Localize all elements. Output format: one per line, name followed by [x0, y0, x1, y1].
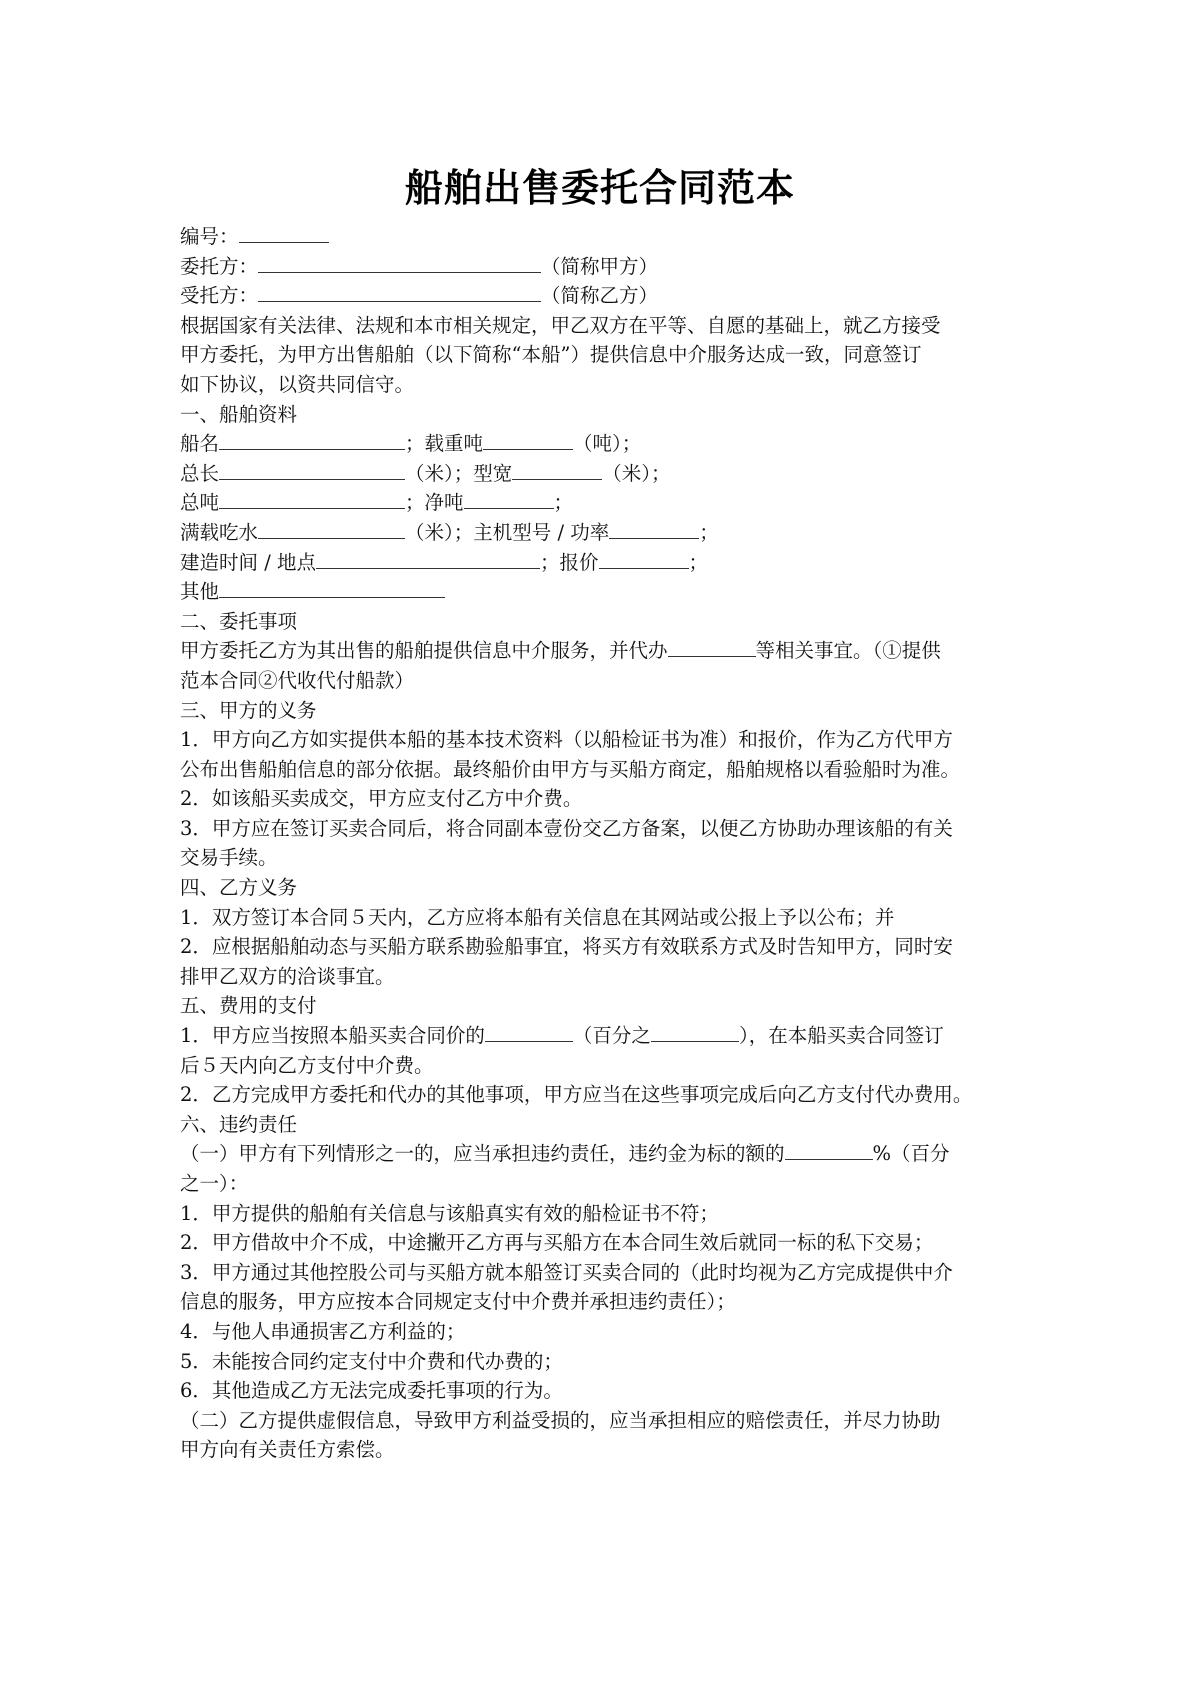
entrusted-matters-line-2: 范本合同②代收代付船款） [180, 666, 1020, 696]
liability-text: （一）甲方有下列情形之一的，应当承担违约责任，违约金为标的额的 [180, 1142, 785, 1165]
contract-number-blank[interactable] [239, 224, 329, 243]
clause-line: 2．应根据船舶动态与买船方联系勘验船事宜，将买方有效联系方式及时告知甲方，同时安 [180, 932, 1020, 962]
penalty-percent-blank[interactable] [785, 1141, 873, 1160]
principal-line: 委托方：（简称甲方） [180, 252, 1020, 282]
section-heading-payment: 五、费用的支付 [180, 991, 1020, 1021]
engine-label: 主机型号 / 功率 [473, 521, 609, 544]
tonnage-line: 总吨；净吨； [180, 488, 1020, 518]
payment-clause-1-line-2: 后５天内向乙方支付中介费。 [180, 1051, 1020, 1081]
clause-line: 1．双方签订本合同５天内，乙方应将本船有关信息在其网站或公报上予以公布；并 [180, 903, 1020, 933]
draft-blank[interactable] [258, 520, 405, 539]
principal-suffix: （简称甲方） [541, 255, 658, 278]
ship-name-blank[interactable] [219, 431, 405, 450]
other-label: 其他 [180, 580, 219, 603]
liability-clause-1: （一）甲方有下列情形之一的，应当承担违约责任，违约金为标的额的%（百分 [180, 1139, 1020, 1169]
net-tonnage-blank[interactable] [464, 490, 554, 509]
liability-item: 4．与他人串通损害乙方利益的； [180, 1317, 1020, 1347]
separator: ； [405, 491, 425, 514]
meter-unit: （米）； [602, 462, 670, 485]
length-blank[interactable] [219, 461, 405, 480]
payment-clause-2: 2．乙方完成甲方委托和代办的其他事项，甲方应当在这些事项完成后向乙方支付代办费用… [180, 1080, 1020, 1110]
clause-line: 交易手续。 [180, 843, 1020, 873]
percentage-blank[interactable] [651, 1023, 739, 1042]
section-heading-ship-info: 一、船舶资料 [180, 400, 1020, 430]
other-line: 其他 [180, 577, 1020, 607]
price-label: 报价 [559, 551, 598, 574]
agent-blank[interactable] [258, 283, 541, 302]
meter-unit: （米）； [405, 462, 473, 485]
clause-line: 3．甲方应在签订买卖合同后，将合同副本壹份交乙方备案，以便乙方协助办理该船的有关 [180, 814, 1020, 844]
ship-name-label: 船名 [180, 432, 219, 455]
section-heading-party-b-obligations: 四、乙方义务 [180, 873, 1020, 903]
payment-text: （百分之 [573, 1024, 651, 1047]
payment-text: ），在本船买卖合同签订 [739, 1024, 944, 1047]
price-blank[interactable] [599, 550, 689, 569]
liability-clause-2: 甲方向有关责任方索偿。 [180, 1435, 1020, 1465]
liability-clause-1-line-2: 之一）： [180, 1169, 1020, 1199]
payment-text: 1．甲方应当按照本船买卖合同价的 [180, 1024, 485, 1047]
separator: ； [554, 491, 574, 514]
contract-number-label: 编号： [180, 225, 239, 248]
preamble-line: 根据国家有关法律、法规和本市相关规定，甲乙双方在平等、自愿的基础上，就乙方接受 [180, 311, 1020, 341]
other-blank[interactable] [219, 579, 445, 598]
breadth-blank[interactable] [512, 461, 602, 480]
principal-label: 委托方： [180, 255, 258, 278]
clause-line: 排甲乙双方的洽谈事宜。 [180, 962, 1020, 992]
section-heading-liability: 六、违约责任 [180, 1110, 1020, 1140]
entrusted-blank[interactable] [668, 638, 756, 657]
agent-line: 受托方：（简称乙方） [180, 281, 1020, 311]
gross-tonnage-label: 总吨 [180, 491, 219, 514]
payment-clause-1: 1．甲方应当按照本船买卖合同价的（百分之），在本船买卖合同签订 [180, 1021, 1020, 1051]
liability-item: 2．甲方借故中介不成，中途撇开乙方再与买船方在本合同生效后就同一标的私下交易； [180, 1228, 1020, 1258]
agent-suffix: （简称乙方） [541, 284, 658, 307]
engine-blank[interactable] [609, 520, 699, 539]
length-label: 总长 [180, 462, 219, 485]
dwt-label: 载重吨 [425, 432, 484, 455]
dwt-blank[interactable] [483, 431, 573, 450]
document-body: 编号： 委托方：（简称甲方） 受托方：（简称乙方） 根据国家有关法律、法规和本市… [180, 222, 1020, 1465]
entrusted-matters-line: 甲方委托乙方为其出售的船舶提供信息中介服务，并代办等相关事宜。（①提供 [180, 636, 1020, 666]
liability-item: 1．甲方提供的船舶有关信息与该船真实有效的船检证书不符； [180, 1199, 1020, 1229]
contract-price-blank[interactable] [485, 1023, 573, 1042]
liability-item: 信息的服务，甲方应按本合同规定支付中介费并承担违约责任）； [180, 1287, 1020, 1317]
separator: ； [540, 551, 560, 574]
clause-line: 1．甲方向乙方如实提供本船的基本技术资料（以船检证书为准）和报价，作为乙方代甲方 [180, 725, 1020, 755]
separator: ； [689, 551, 709, 574]
draft-engine-line: 满载吃水（米）；主机型号 / 功率； [180, 518, 1020, 548]
contract-number-line: 编号： [180, 222, 1020, 252]
ship-name-line: 船名；载重吨（吨）； [180, 429, 1020, 459]
gross-tonnage-blank[interactable] [219, 490, 405, 509]
liability-item: 5．未能按合同约定支付中介费和代办费的； [180, 1347, 1020, 1377]
principal-blank[interactable] [258, 254, 541, 273]
liability-item: 3．甲方通过其他控股公司与买船方就本船签订买卖合同的（此时均视为乙方完成提供中介 [180, 1258, 1020, 1288]
net-tonnage-label: 净吨 [425, 491, 464, 514]
dwt-unit: （吨）； [573, 432, 641, 455]
section-heading-entrusted-matters: 二、委托事项 [180, 607, 1020, 637]
draft-label: 满载吃水 [180, 521, 258, 544]
preamble-line: 甲方委托，为甲方出售船舶（以下简称“本船”）提供信息中介服务达成一致，同意签订 [180, 340, 1020, 370]
separator: ； [405, 432, 425, 455]
liability-item: 6．其他造成乙方无法完成委托事项的行为。 [180, 1376, 1020, 1406]
preamble-line: 如下协议，以资共同信守。 [180, 370, 1020, 400]
entrusted-text: 甲方委托乙方为其出售的船舶提供信息中介服务，并代办 [180, 639, 668, 662]
clause-line: 2．如该船买卖成交，甲方应支付乙方中介费。 [180, 784, 1020, 814]
document-title: 船舶出售委托合同范本 [180, 163, 1020, 213]
liability-clause-2: （二）乙方提供虚假信息，导致甲方利益受损的，应当承担相应的赔偿责任，并尽力协助 [180, 1406, 1020, 1436]
length-breadth-line: 总长（米）；型宽（米）； [180, 459, 1020, 489]
liability-text: %（百分 [873, 1142, 950, 1165]
entrusted-text: 等相关事宜。（①提供 [756, 639, 941, 662]
build-price-line: 建造时间 / 地点；报价； [180, 548, 1020, 578]
clause-line: 公布出售船舶信息的部分依据。最终船价由甲方与买船方商定，船舶规格以看验船时为准。 [180, 755, 1020, 785]
breadth-label: 型宽 [473, 462, 512, 485]
separator: ； [699, 521, 719, 544]
build-label: 建造时间 / 地点 [180, 551, 316, 574]
agent-label: 受托方： [180, 284, 258, 307]
meter-unit: （米）； [405, 521, 473, 544]
build-blank[interactable] [316, 550, 540, 569]
section-heading-party-a-obligations: 三、甲方的义务 [180, 696, 1020, 726]
